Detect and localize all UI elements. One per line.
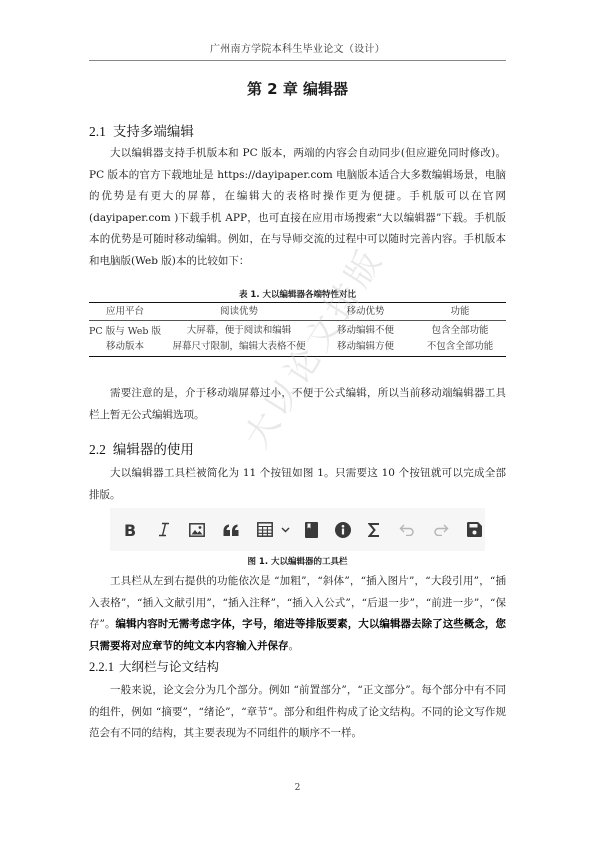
quote-icon <box>223 524 239 536</box>
insert-formula-button[interactable] <box>366 520 382 540</box>
figure-caption: 图 1. 大以编辑器的工具栏 <box>0 555 595 567</box>
section-title: 支持多端编辑 <box>113 124 194 140</box>
chevron-down-icon <box>281 527 290 533</box>
block-quote-button[interactable] <box>222 520 240 540</box>
paragraph-toolbar-intro: 大以编辑器工具栏被简化为 11 个按钮如图 1。只需要这 10 个按钮就可以完成… <box>89 463 506 506</box>
section-number: 2.1 <box>89 124 106 139</box>
table-cell: 不包含全部功能 <box>414 339 506 357</box>
image-icon <box>189 523 205 537</box>
undo-icon <box>399 524 415 536</box>
bold-icon: B <box>124 523 137 537</box>
table-cell: 移动版本 <box>89 339 161 357</box>
table-header-cell: 应用平台 <box>89 303 161 321</box>
table-options-dropdown[interactable] <box>280 520 290 540</box>
subsection-heading-2-2-1: 2.2.1大纲栏与论文结构 <box>89 657 219 675</box>
subsection-number: 2.2.1 <box>89 660 114 674</box>
svg-text:B: B <box>124 523 136 537</box>
section-heading-2-2: 2.2编辑器的使用 <box>89 438 194 458</box>
table-row: PC 版与 Web 版 大屏幕，便于阅读和编辑 移动编辑不便 包含全部功能 <box>89 321 506 340</box>
table-header-row: 应用平台 阅读优势 移动优势 功能 <box>89 303 506 321</box>
info-icon <box>335 522 351 538</box>
insert-note-button[interactable] <box>334 520 352 540</box>
table-icon <box>257 522 273 537</box>
save-icon <box>467 522 482 537</box>
paragraph-multi-platform: 大以编辑器支持手机版本和 PC 版本，两端的内容会自动同步(但应避免同时修改)。… <box>89 143 506 272</box>
redo-button[interactable] <box>432 520 450 540</box>
subsection-title: 大纲栏与论文结构 <box>119 659 219 674</box>
table-cell: 包含全部功能 <box>414 321 506 340</box>
page-number: 2 <box>0 783 595 793</box>
table-cell: 移动编辑方便 <box>317 339 414 357</box>
section-heading-2-1: 2.1支持多端编辑 <box>89 120 194 140</box>
comparison-table: 应用平台 阅读优势 移动优势 功能 PC 版与 Web 版 大屏幕，便于阅读和编… <box>89 302 506 357</box>
chapter-title: 第 2 章 编辑器 <box>0 78 595 99</box>
bookmark-icon <box>305 522 318 538</box>
period: 。 <box>289 640 300 652</box>
italic-button[interactable] <box>156 520 172 540</box>
table-cell: 屏幕尺寸限制，编辑大表格不便 <box>161 339 317 357</box>
table-caption: 表 1. 大以编辑器各端特性对比 <box>0 288 595 300</box>
table-header-cell: 阅读优势 <box>161 303 317 321</box>
table-cell: 移动编辑不便 <box>317 321 414 340</box>
bold-button[interactable]: B <box>122 520 138 540</box>
editor-toolbar: B <box>110 508 485 551</box>
table-cell: PC 版与 Web 版 <box>89 321 161 340</box>
insert-citation-button[interactable] <box>304 520 318 540</box>
undo-button[interactable] <box>398 520 416 540</box>
section-title: 编辑器的使用 <box>113 442 194 458</box>
paragraph-mobile-note: 需要注意的是，介于移动端屏幕过小，不便于公式编辑，所以当前移动端编辑器工具栏上暂… <box>89 383 506 426</box>
table-row: 移动版本 屏幕尺寸限制，编辑大表格不便 移动编辑方便 不包含全部功能 <box>89 339 506 357</box>
redo-icon <box>433 524 449 536</box>
paragraph-toolbar-functions: 工具栏从左到右提供的功能依次是 “加粗”，“斜体”，“插入图片”，“大段引用”，… <box>89 571 506 657</box>
sigma-icon <box>368 523 380 537</box>
paragraph-thesis-structure: 一般来说，论文会分为几个部分。例如 “前置部分”，“正文部分”。每个部分中有不同… <box>89 680 506 745</box>
insert-table-button[interactable] <box>256 520 274 540</box>
table-cell: 大屏幕，便于阅读和编辑 <box>161 321 317 340</box>
save-button[interactable] <box>466 520 482 540</box>
italic-icon <box>158 522 170 537</box>
table-header-cell: 功能 <box>414 303 506 321</box>
running-header: 广州南方学院本科生毕业论文（设计） <box>89 40 506 61</box>
table-header-cell: 移动优势 <box>317 303 414 321</box>
insert-image-button[interactable] <box>188 520 206 540</box>
section-number: 2.2 <box>89 442 106 457</box>
